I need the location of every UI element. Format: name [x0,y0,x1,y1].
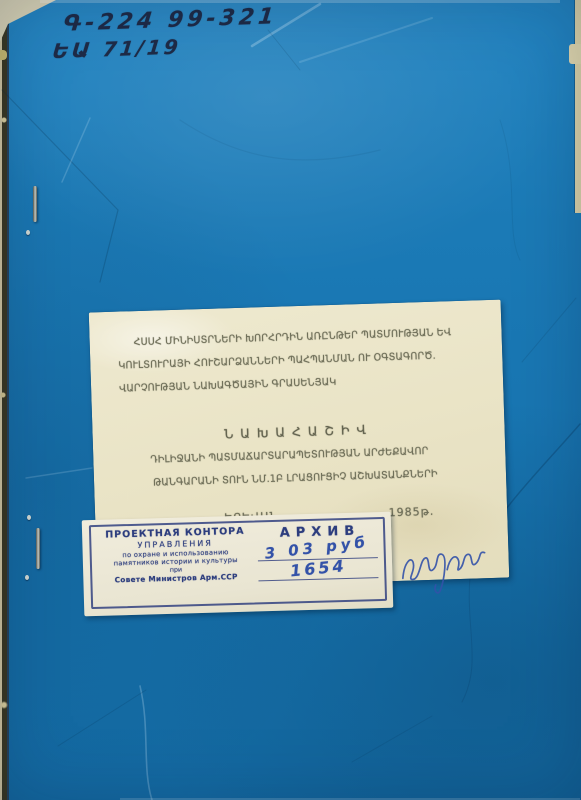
staple-hole [25,575,29,580]
stamp-organization-block: ПРОЕКТНАЯ КОНТОРА УПРАВЛЕНИЯ по охране и… [91,522,259,607]
staple-hole [27,515,31,520]
worn-fleck [0,50,7,60]
subject-line1: ԴԻԼԻՋԱՆԻ ՊԱՏՄԱՃԱՐՏԱՐԱՊԵՏՈՒԹՅԱՆ ԱՐԺԵՔԱՎՈՐ [150,446,428,466]
handwritten-inventory-marks: Գ-224 99-321 ԵԱ 71/19 [59,4,278,63]
right-page-edge-notch [569,44,581,64]
right-page-edge [574,0,581,213]
organization-line3: ՎԱՐՉՈՒԹՅԱՆ ՆԱԽԱԳԾԱՅԻՆ ԳՐԱՍԵՆՅԱԿ [119,377,337,395]
year-value: 1985թ. [388,505,434,519]
organization-line1: ՀՍՍՀ ՄԻՆԻՍՏՐՆԵՐԻ ԽՈՐՀՐԴԻՆ ԱՌԸՆԹԵՐ ՊԱՏՄՈՒ… [134,327,452,348]
staple-hole [26,230,30,235]
document-type-title: ՆԱԽԱՀԱՇԻՎ [92,418,504,446]
handwritten-inventory-line2: ԵԱ 71/19 [51,31,276,63]
cover-top-highlight [40,0,560,3]
stamp-archive-block: АРХИВ 3 03 руб 1654 [256,519,385,602]
document-cover-scan: Գ-224 99-321 ԵԱ 71/19 ՀՍՍՀ ՄԻՆԻՍՏՐՆԵՐԻ Խ… [0,0,581,800]
handwritten-stamp-number2: 1654 [289,556,347,580]
spine-worn-edge [0,0,9,800]
signature-handwriting [395,535,492,600]
subject-line2: ԹԱՆԳԱՐԱՆԻ ՏՈՒՆ ՆՄ.1Բ ԼՐԱՑՈՒՑԻՉ ԱՇԽԱՏԱՆՔՆ… [153,469,438,489]
staple-top [33,186,37,222]
organization-line2: ԿՈՒԼՏՈՒՐԱՅԻ ՀՈՒՇԱՐՁԱՆՆԵՐԻ ՊԱՀՊԱՆՄԱՆ ՈՒ Օ… [118,351,436,372]
staple-bottom [36,528,40,569]
archive-stamp-slip: ПРОЕКТНАЯ КОНТОРА УПРАВЛЕНИЯ по охране и… [82,512,394,617]
archive-stamp-border: ПРОЕКТНАЯ КОНТОРА УПРАВЛЕНИЯ по охране и… [89,517,387,609]
